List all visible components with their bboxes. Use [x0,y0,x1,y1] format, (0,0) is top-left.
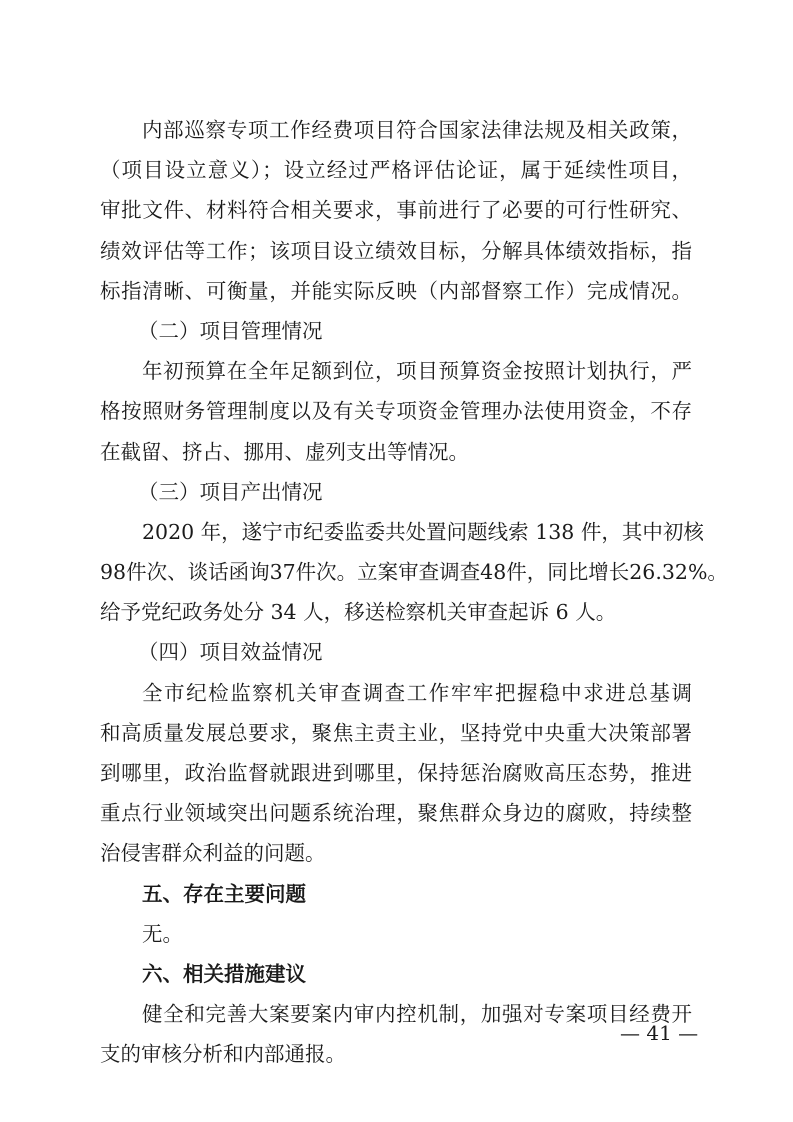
subheading-project-output: （三）项目产出情况 [100,472,692,512]
subheading-project-management: （二）项目管理情况 [100,311,692,351]
paragraph-project-benefit: 全市纪检监察机关审查调查工作牢牢把握稳中求进总基调 和高质量发展总要求，聚焦主责… [100,673,692,874]
text-line: 到哪里，政治监督就跟进到哪里，保持惩治腐败高压态势，推进 [100,753,692,793]
text-line: 年初预算在全年足额到位，项目预算资金按照计划执行，严 [100,351,692,391]
text-line: 格按照财务管理制度以及有关专项资金管理办法使用资金，不存 [100,391,692,431]
paragraph-suggestions: 健全和完善大案要案内审内控机制，加强对专案项目经费开 支的审核分析和内部通报。 [100,994,692,1074]
text-line: 绩效评估等工作；该项目设立绩效目标，分解具体绩效指标，指 [100,231,692,271]
paragraph-project-output: 2020 年，遂宁市纪委监委共处置问题线索 138 件，其中初核 98件次、谈话… [100,512,692,633]
text-line: 在截留、挤占、挪用、虚列支出等情况。 [100,432,692,472]
paragraph-main-problems: 无。 [100,914,692,954]
text-line: 给予党纪政务处分 34 人，移送检察机关审查起诉 6 人。 [100,592,692,632]
text-line: 治侵害群众利益的问题。 [100,833,692,873]
paragraph-project-management: 年初预算在全年足额到位，项目预算资金按照计划执行，严 格按照财务管理制度以及有关… [100,351,692,472]
paragraph-project-significance: 内部巡察专项工作经费项目符合国家法律法规及相关政策， （项目设立意义）；设立经过… [100,110,692,311]
text-line: 审批文件、材料符合相关要求，事前进行了必要的可行性研究、 [100,190,692,230]
text-line: 全市纪检监察机关审查调查工作牢牢把握稳中求进总基调 [100,673,692,713]
text-line: 标指清晰、可衡量，并能实际反映（内部督察工作）完成情况。 [100,271,692,311]
text-line: 支的审核分析和内部通报。 [100,1034,692,1074]
document-page: 内部巡察专项工作经费项目符合国家法律法规及相关政策， （项目设立意义）；设立经过… [100,110,692,1075]
subheading-project-benefit: （四）项目效益情况 [100,632,692,672]
text-line: 2020 年，遂宁市纪委监委共处置问题线索 138 件，其中初核 [100,512,692,552]
text-line: 和高质量发展总要求，聚焦主责主业，坚持党中央重大决策部署 [100,713,692,753]
text-line: 健全和完善大案要案内审内控机制，加强对专案项目经费开 [100,994,692,1034]
page-number: — 41 — [620,1019,698,1047]
heading-suggestions: 六、相关措施建议 [100,954,692,994]
heading-main-problems: 五、存在主要问题 [100,874,692,914]
text-line: （项目设立意义）；设立经过严格评估论证，属于延续性项目， [100,150,692,190]
text-line: 98件次、谈话函询37件次。立案审查调查48件，同比增长26.32%。 [100,552,692,592]
text-line: 内部巡察专项工作经费项目符合国家法律法规及相关政策， [100,110,692,150]
text-line: 重点行业领域突出问题系统治理，聚焦群众身边的腐败，持续整 [100,793,692,833]
